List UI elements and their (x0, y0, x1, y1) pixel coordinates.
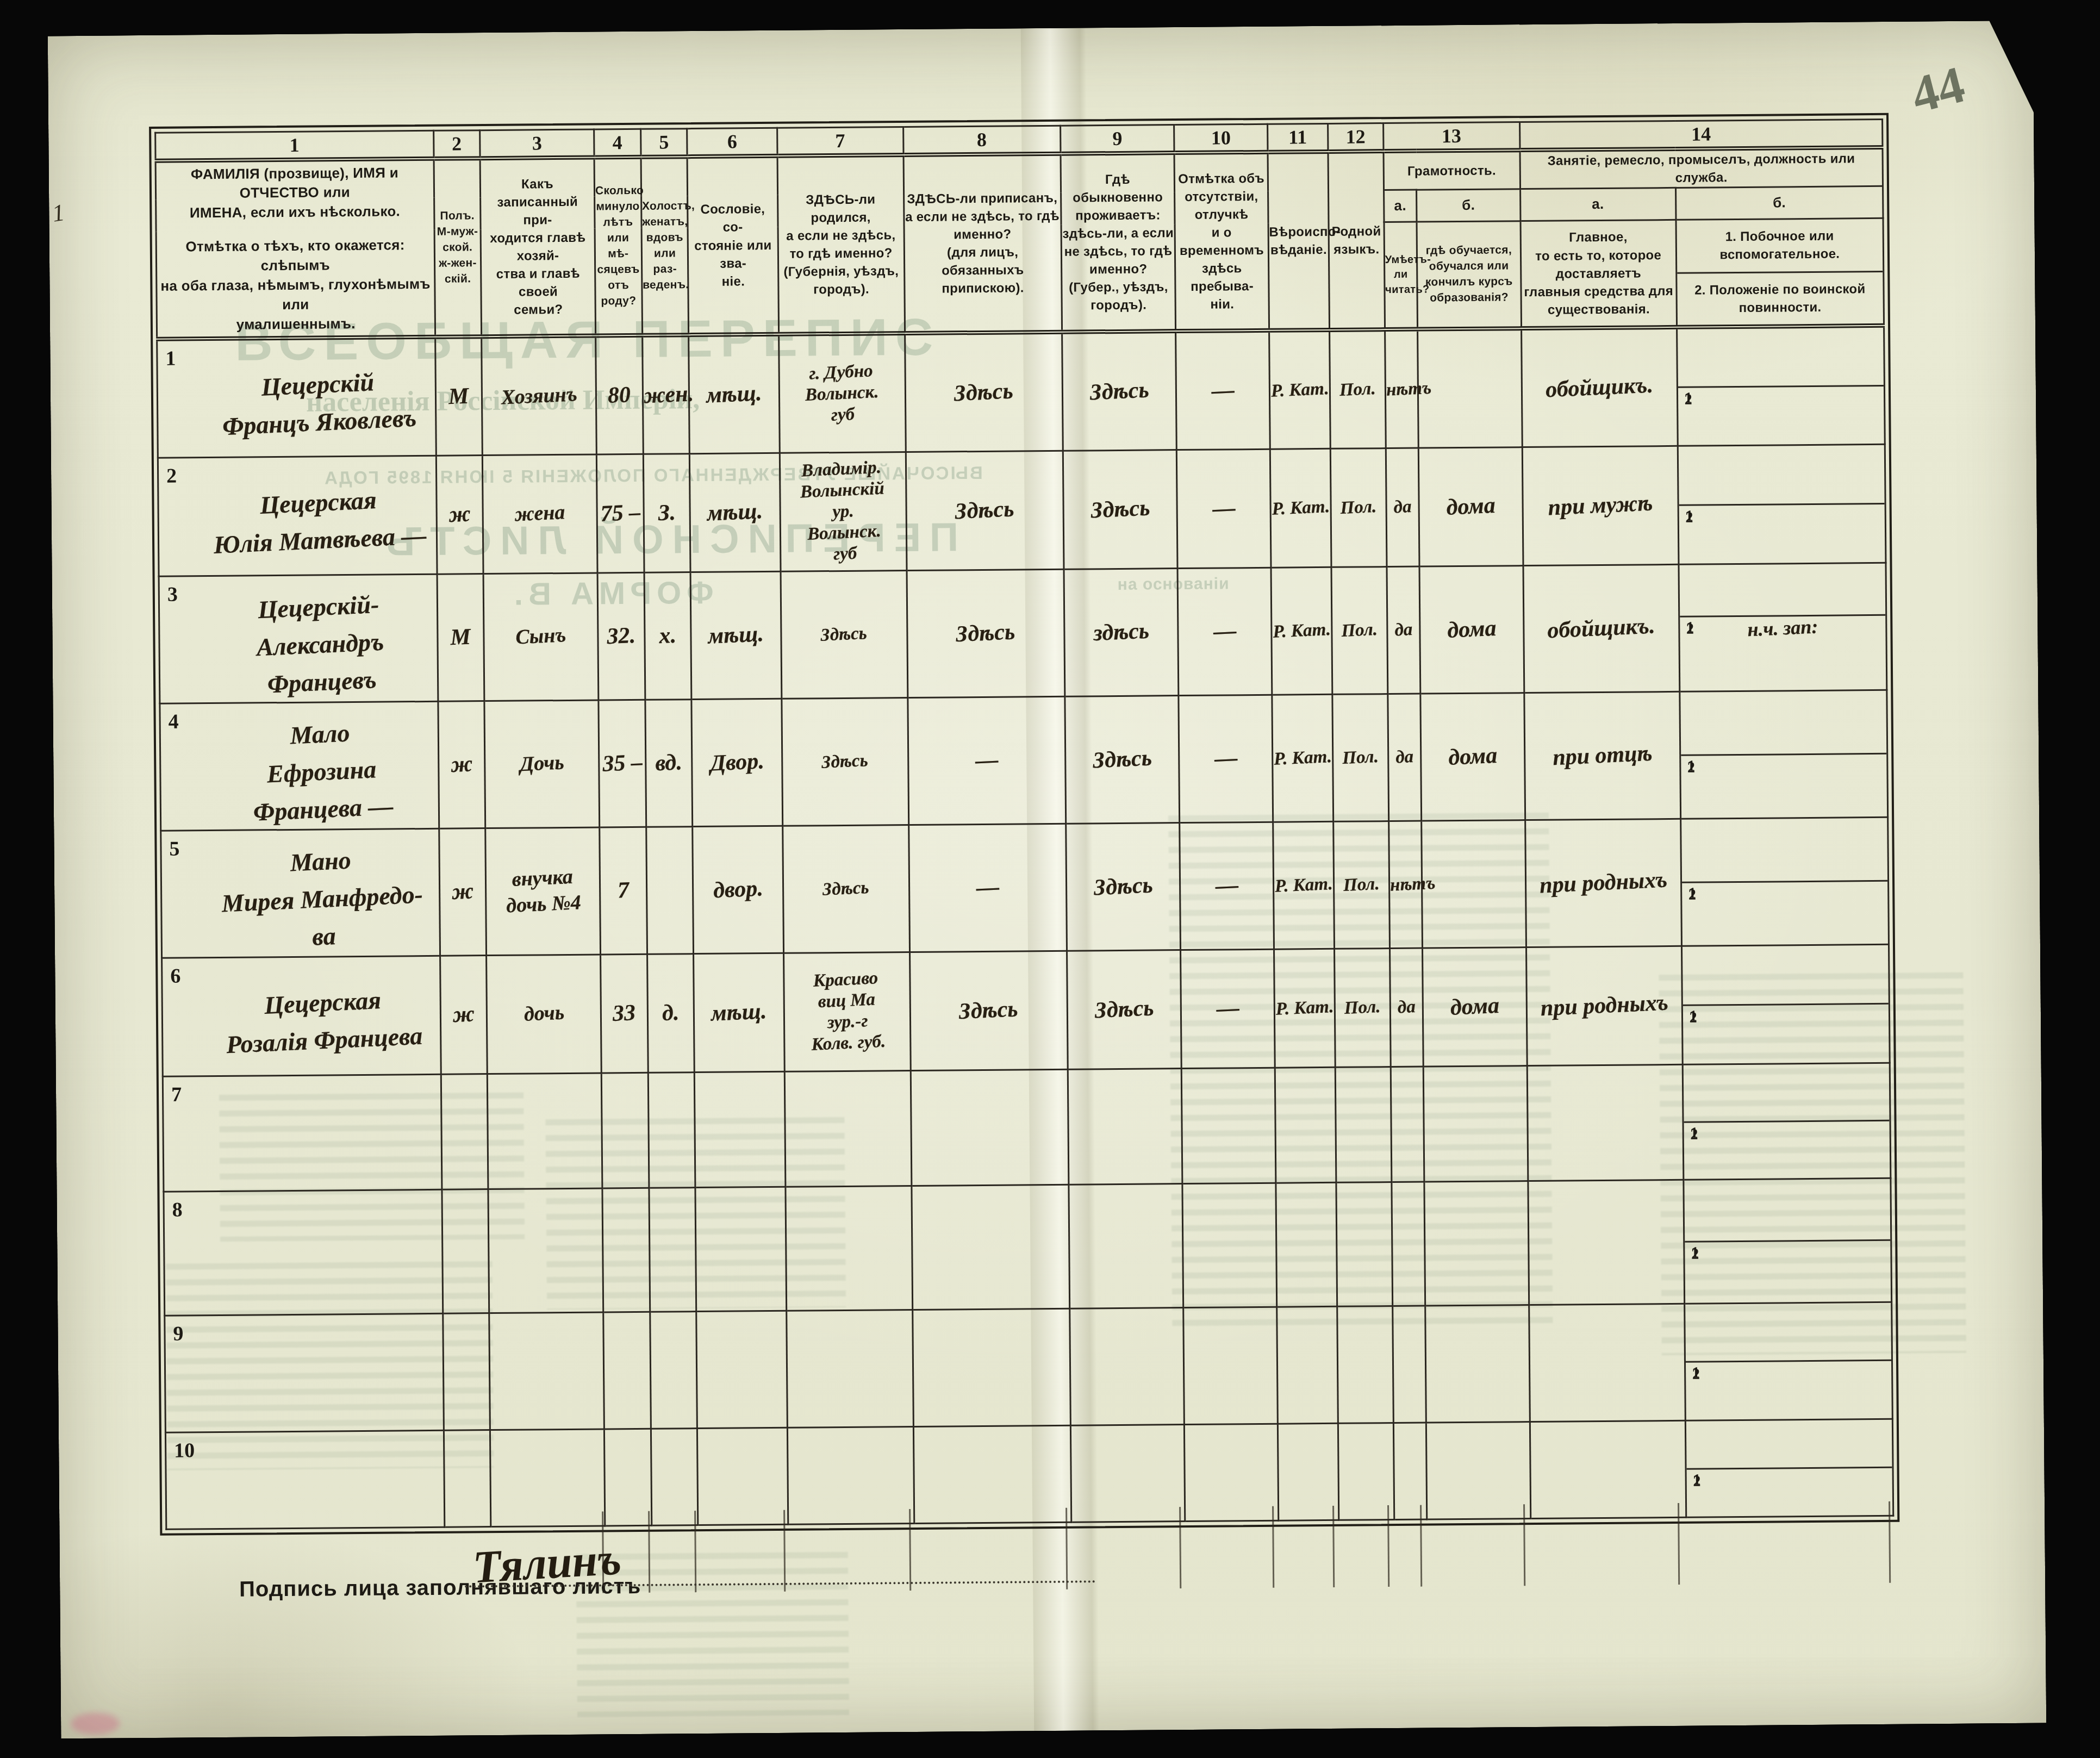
header-education: гдѣ обучается, обучался или кончилъ курс… (1417, 221, 1521, 329)
header-side-occupation: 1. Побочное или вспомогательное. 2. Поло… (1676, 219, 1884, 327)
table-row: 10 1 2 (165, 1419, 1893, 1529)
table-row: 3 Цецерскій- Александръ Францевъ М Сынъ … (159, 563, 1887, 703)
cell-relation (488, 1073, 602, 1189)
sub-label-2: 2 (1691, 1245, 1699, 1263)
person-name: Цецерскій Францъ Яковлевъ (173, 348, 419, 447)
cell-relation (489, 1312, 604, 1430)
header-relation: Какъ записанный при- ходится главѣ хозяй… (480, 158, 595, 337)
cell-birthplace: Владимір. Волынскій ур. Волынск. губ (780, 452, 907, 571)
cell-reads: да (1387, 566, 1420, 694)
cell-relation: дочь (487, 955, 601, 1074)
cell-marital (646, 826, 694, 954)
table-row: 6 Цецерская Розалія Францева ж дочь 33 д… (162, 944, 1890, 1076)
cell-ascription: Здѣсь (906, 451, 1064, 570)
cell-education (1422, 820, 1526, 947)
cell-religion (1278, 1423, 1339, 1520)
cell-absence (1185, 1424, 1279, 1521)
col-number: 9 (1060, 125, 1174, 154)
cell-education (1425, 1305, 1530, 1422)
cell-age: 7 (600, 827, 647, 955)
cell-religion: Р. Кат. (1273, 821, 1335, 949)
cell-ascription: Здѣсь (907, 569, 1065, 697)
table-row: 7 1 2 (163, 1063, 1891, 1192)
cell-education: дома (1423, 947, 1527, 1066)
cell-education: дома (1418, 447, 1523, 566)
cell-birthplace: Здѣсь (781, 570, 908, 699)
cell-residence: Здѣсь (1067, 950, 1181, 1069)
sub-label-2: 2 (1692, 1366, 1700, 1383)
cell-name: 7 (163, 1074, 441, 1192)
cell-sex: М (437, 573, 485, 701)
cell-religion: Р. Кат. (1270, 448, 1331, 568)
header-14b: б. (1675, 186, 1883, 220)
row-number: 4 (168, 709, 178, 733)
cell-marital (648, 1072, 695, 1188)
cell-age: 80 (596, 335, 643, 454)
cell-language (1337, 1306, 1393, 1423)
cell-relation: Хозяинъ (482, 336, 596, 456)
cell-side-occupation: 1 2 н.ч. зап: (1679, 563, 1887, 691)
sub-label-2: 2 (1685, 391, 1692, 409)
person-name: Мало Ефрозина Францева — (203, 699, 396, 833)
cell-absence: — (1176, 331, 1270, 450)
cell-sex (441, 1189, 489, 1313)
cell-religion: Р. Кат. (1272, 694, 1333, 822)
cell-reads: нѣтъ (1385, 329, 1418, 448)
cell-absence (1182, 1068, 1276, 1183)
cell-occupation: при мужѣ (1522, 446, 1679, 565)
cell-ascription: Здѣсь (905, 332, 1063, 452)
person-name: Цецерская Розалія Францева (177, 967, 425, 1066)
person-name (280, 1364, 328, 1379)
cell-name: 9 (165, 1313, 444, 1432)
cell-relation: жена (483, 454, 597, 574)
cell-name: 8 (164, 1189, 443, 1316)
cell-occupation (1529, 1304, 1685, 1422)
cell-age (602, 1188, 650, 1312)
cell-sex: М (435, 336, 482, 456)
cell-age (603, 1312, 651, 1429)
header-name: ФАМИЛІЯ (прозвище), ИМЯ и ОТЧЕСТВО или И… (155, 159, 435, 339)
sub-label-2: 2 (1685, 509, 1693, 526)
cell-relation: Сынъ (483, 573, 599, 701)
cell-education (1424, 1181, 1529, 1305)
person-name: Цецерская Юлія Матвѣева — (165, 466, 430, 566)
table-row: 5 Мано Мирея Манфредо- ва ж внучка дочь … (161, 817, 1889, 958)
table-row: 8 1 2 (164, 1178, 1892, 1316)
cell-occupation: при родныхъ (1526, 946, 1683, 1065)
header-14a: а. (1520, 188, 1675, 221)
col-number: 6 (687, 128, 777, 157)
person-name (281, 1470, 329, 1486)
sub-label-2: 2 (1686, 620, 1694, 638)
cell-education (1423, 1065, 1528, 1181)
table-row: 1 Цецерскій Францъ Яковлевъ М Хозяинъ 80… (157, 326, 1885, 458)
col-number: 13 (1383, 122, 1519, 151)
cell-ascription: Здѣсь (909, 951, 1068, 1070)
row-number: 3 (167, 582, 178, 606)
cell-birthplace: г. Дубно Волынск. губ (778, 333, 906, 453)
header-side-2: 2. Положеніе по воинской повинности. (1677, 272, 1883, 325)
col-number: 3 (480, 129, 594, 158)
cell-ascription: — (908, 824, 1067, 952)
cell-marital: вд. (645, 699, 693, 827)
page-number-pencil: 44 (1905, 54, 1971, 125)
col-number: 1 (155, 130, 434, 161)
cell-religion (1277, 1306, 1338, 1424)
cell-occupation: при родныхъ (1525, 819, 1681, 947)
col-number: 10 (1174, 124, 1268, 153)
side-occupation-1: 1 (1686, 1360, 1891, 1363)
header-religion: Вѣроиспо- вѣданіе. (1268, 152, 1330, 331)
cell-age: 35 – (599, 700, 646, 827)
cell-side-occupation: 1 2 (1680, 817, 1889, 946)
cell-estate: двор. (693, 826, 783, 953)
cell-residence: здѣсь (1064, 568, 1179, 696)
side-occupation-1: 1 (1682, 880, 1887, 883)
cell-ascription (913, 1425, 1071, 1523)
cell-education (1426, 1422, 1530, 1519)
cell-absence: — (1177, 568, 1272, 695)
cell-religion (1276, 1182, 1337, 1307)
header-birthplace: ЗДѢСЬ-ли родился, а если не здѣсь, то гд… (777, 155, 905, 334)
header-literacy-group: Грамотность. (1384, 150, 1521, 190)
col-number: 7 (777, 127, 903, 156)
cell-relation (488, 1188, 603, 1313)
side-occupation-2: 2 н.ч. зап: (1680, 616, 1886, 640)
cell-age: 33 (600, 954, 647, 1073)
person-name (278, 1124, 326, 1139)
cell-reads: да (1386, 448, 1419, 566)
cell-age (601, 1073, 649, 1188)
cell-absence: — (1180, 822, 1274, 950)
col-number: 12 (1328, 123, 1384, 152)
side-occupation-1: 1 (1683, 1003, 1888, 1006)
col-number: 8 (903, 126, 1060, 155)
cell-occupation (1530, 1420, 1686, 1518)
sub-label-2: 2 (1688, 886, 1696, 903)
cell-sex (443, 1313, 490, 1430)
header-13a: а. (1384, 190, 1417, 222)
header-age: Сколько минуло лѣтъ или мѣ- сяцевъ отъ р… (594, 157, 642, 336)
cell-side-occupation: 1 2 (1679, 690, 1887, 819)
side-occupation-1: 1 (1684, 1120, 1889, 1123)
cell-residence (1068, 1068, 1182, 1185)
header-language: Родной языкъ. (1328, 151, 1385, 330)
cell-reads: нѣтъ (1388, 821, 1422, 948)
row-number: 10 (174, 1438, 195, 1462)
cell-marital: З. (643, 453, 690, 572)
cell-birthplace (786, 1310, 913, 1427)
cell-estate: мѣщ. (691, 571, 782, 699)
cell-birthplace: Красиво виц Ма зур.-г Колв. губ. (783, 952, 911, 1071)
cell-occupation: при отцѣ (1524, 691, 1681, 820)
cell-estate: Двор. (691, 699, 782, 826)
cell-name: 2 Цецерская Юлія Матвѣева — (158, 456, 437, 576)
cell-occupation (1528, 1180, 1685, 1305)
cell-age (604, 1429, 651, 1526)
row-number: 9 (173, 1321, 183, 1345)
cell-reads (1391, 1067, 1424, 1182)
header-reads: Умѣетъ- ли читать? (1384, 222, 1418, 329)
cell-residence: Здѣсь (1065, 822, 1181, 951)
cell-education: дома (1420, 693, 1525, 820)
cell-birthplace (787, 1426, 914, 1524)
side-occupation-1: 1 (1679, 503, 1884, 506)
scanned-census-sheet: ВСЕОБЩАЯ ПЕРЕПИС населенія Россійской Им… (0, 0, 2100, 1758)
person-name: Цецерскій- Александръ Францевъ (208, 572, 389, 706)
cell-occupation: обойщикъ. (1523, 564, 1680, 693)
cell-absence: — (1181, 949, 1275, 1068)
cell-marital: жен. (642, 335, 689, 454)
cell-birthplace: Здѣсь (782, 825, 909, 953)
col-number: 5 (640, 129, 687, 157)
enumerator-signature: Тялинъ (471, 1532, 623, 1594)
header-estate: Сословіе, со- стояніе или зва- ніе. (688, 156, 779, 335)
cell-side-occupation: 1 2 (1683, 1063, 1891, 1180)
cell-education: дома (1419, 565, 1524, 693)
person-name (279, 1243, 327, 1258)
cell-sex: ж (439, 828, 487, 956)
cell-language: Пол. (1330, 448, 1386, 567)
cell-side-occupation: 1 2 (1683, 1178, 1891, 1304)
cell-absence (1182, 1183, 1276, 1307)
col-number: 4 (594, 129, 641, 157)
cell-residence (1069, 1183, 1183, 1308)
cell-reads: да (1388, 694, 1422, 821)
sub-label-2: 2 (1687, 759, 1695, 776)
row-number: 8 (172, 1198, 183, 1221)
cell-side-occupation: 1 2 (1684, 1302, 1892, 1420)
cell-residence (1069, 1307, 1184, 1425)
cell-estate (695, 1071, 786, 1187)
header-residence: Гдѣ обыкновенно проживаетъ: здѣсь-ли, а … (1061, 153, 1176, 332)
table-row: 2 Цецерская Юлія Матвѣева — ж жена 75 – … (158, 444, 1886, 576)
cell-absence: — (1179, 695, 1273, 822)
cell-sex: ж (440, 955, 487, 1074)
side-occupation-1: 1 (1686, 1467, 1892, 1470)
person-name: Мано Мирея Манфредо- ва (173, 825, 427, 962)
cell-sex: ж (438, 701, 485, 828)
cell-residence (1070, 1424, 1185, 1522)
col-number: 14 (1519, 119, 1883, 150)
paper-sheet: ВСЕОБЩАЯ ПЕРЕПИС населенія Россійской Им… (48, 21, 2046, 1739)
cell-ascription (911, 1185, 1069, 1310)
cell-religion: Р. Кат. (1274, 949, 1335, 1068)
census-table-frame: 1 2 3 4 5 6 7 8 9 10 11 12 13 14 (149, 113, 1899, 1536)
sub-label-2: 2 (1690, 1126, 1698, 1143)
cell-language (1336, 1182, 1392, 1306)
cell-language (1335, 1067, 1391, 1182)
cell-language: Пол. (1333, 821, 1389, 949)
cell-side-occupation: 1 2 (1685, 1419, 1893, 1517)
cell-occupation (1527, 1064, 1684, 1181)
cell-marital: х. (644, 572, 692, 700)
census-table: 1 2 3 4 5 6 7 8 9 10 11 12 13 14 (154, 119, 1894, 1530)
cell-occupation: обойщикъ. (1521, 327, 1678, 447)
cell-language (1338, 1423, 1394, 1520)
header-name-bottom: Отмѣтка о тѣхъ, кто окажется: слѣпымъ на… (157, 235, 434, 335)
cell-religion: Р. Кат. (1269, 330, 1330, 449)
cell-relation (490, 1429, 605, 1527)
cell-side-occupation: 1 2 (1677, 326, 1885, 446)
cell-marital (651, 1428, 698, 1525)
cell-ascription: — (907, 696, 1065, 825)
cell-birthplace (786, 1186, 913, 1311)
cell-sex (441, 1074, 488, 1189)
cell-language: Пол. (1335, 948, 1391, 1067)
cell-absence (1183, 1307, 1278, 1424)
header-sex: Полъ. М-муж- ской. ж-жен- скій. (434, 158, 482, 337)
table-row: 9 1 2 (165, 1302, 1893, 1432)
cell-age: 75 – (596, 454, 644, 573)
cell-language: Пол. (1330, 329, 1386, 448)
side-occupation-1: 1 (1678, 385, 1884, 388)
cell-education (1418, 328, 1522, 447)
cell-language: Пол. (1332, 694, 1388, 821)
header-occupation-group: Занятіе, ремесло, промыселъ, должность и… (1520, 147, 1883, 189)
cell-reads (1392, 1182, 1425, 1306)
header-13b: б. (1417, 189, 1521, 222)
cell-side-occupation: 1 2 (1678, 444, 1886, 564)
cell-estate (697, 1427, 788, 1525)
cell-religion: Р. Кат. (1271, 567, 1332, 695)
cell-religion (1275, 1067, 1336, 1183)
cell-name: 3 Цецерскій- Александръ Францевъ (159, 574, 438, 703)
cell-relation: Дочь (484, 700, 600, 828)
header-ascription: ЗДѢСЬ-ли приписанъ, а если не здѣсь, то … (903, 154, 1062, 333)
header-main-occupation: Главное, то есть то, которое доставляетъ… (1521, 220, 1677, 329)
cell-ascription (911, 1069, 1069, 1186)
sub-label-2: 2 (1690, 1009, 1697, 1026)
cell-estate (696, 1311, 787, 1428)
cell-name: 5 Мано Мирея Манфредо- ва (161, 828, 440, 958)
sub-label-2: 2 (1693, 1473, 1700, 1490)
side-occupation-1: 1 (1685, 1239, 1890, 1243)
header-absence: Отмѣтка объ отсутствіи, отлучкѣ и о врем… (1174, 152, 1269, 332)
header-name-top: ФАМИЛІЯ (прозвище), ИМЯ и ОТЧЕСТВО или И… (157, 163, 433, 223)
cell-absence: — (1177, 449, 1271, 568)
cell-residence: Здѣсь (1065, 695, 1180, 824)
pink-stain (71, 1712, 120, 1735)
cell-residence: Здѣсь (1063, 450, 1177, 569)
cell-marital (650, 1311, 697, 1429)
cell-residence: Здѣсь (1062, 331, 1176, 451)
header-marital: Холостъ, женатъ, вдовъ или раз- веденъ. (641, 157, 689, 335)
cell-relation: внучка дочь №4 (485, 827, 601, 956)
cell-language: Пол. (1331, 566, 1387, 694)
cell-name: 6 Цецерская Розалія Францева (162, 956, 441, 1076)
cell-estate: мѣщ. (694, 953, 784, 1072)
cell-marital: д. (647, 953, 694, 1073)
cell-sex: ж (436, 455, 483, 574)
cell-birthplace (784, 1070, 912, 1187)
cell-estate: мѣщ. (689, 334, 780, 453)
row-number: 7 (171, 1082, 182, 1106)
cell-birthplace: Здѣсь (782, 697, 909, 826)
cell-name: 10 (165, 1430, 444, 1529)
col-number: 2 (433, 130, 480, 159)
col-number: 11 (1267, 123, 1328, 152)
cell-estate: мѣщ. (690, 453, 781, 572)
cell-side-occupation: 1 2 (1681, 944, 1890, 1064)
cell-ascription (912, 1308, 1070, 1426)
cell-marital (649, 1187, 697, 1312)
cell-name: 4 Мало Ефрозина Францева — (160, 701, 439, 831)
cell-reads (1392, 1306, 1426, 1423)
cell-age: 32. (597, 572, 645, 700)
cell-reads (1393, 1423, 1427, 1519)
cell-estate (695, 1187, 786, 1311)
cell-name: 1 Цецерскій Францъ Яковлевъ (157, 337, 436, 458)
side-occupation-1: 1 (1681, 753, 1886, 756)
cell-sex (444, 1430, 491, 1527)
header-side-1: 1. Побочное или вспомогательное. (1677, 219, 1883, 273)
cell-reads: да (1389, 948, 1423, 1067)
margin-mark: 1 (51, 198, 66, 228)
table-row: 4 Мало Ефрозина Францева — ж Дочь 35 – в… (160, 690, 1888, 831)
